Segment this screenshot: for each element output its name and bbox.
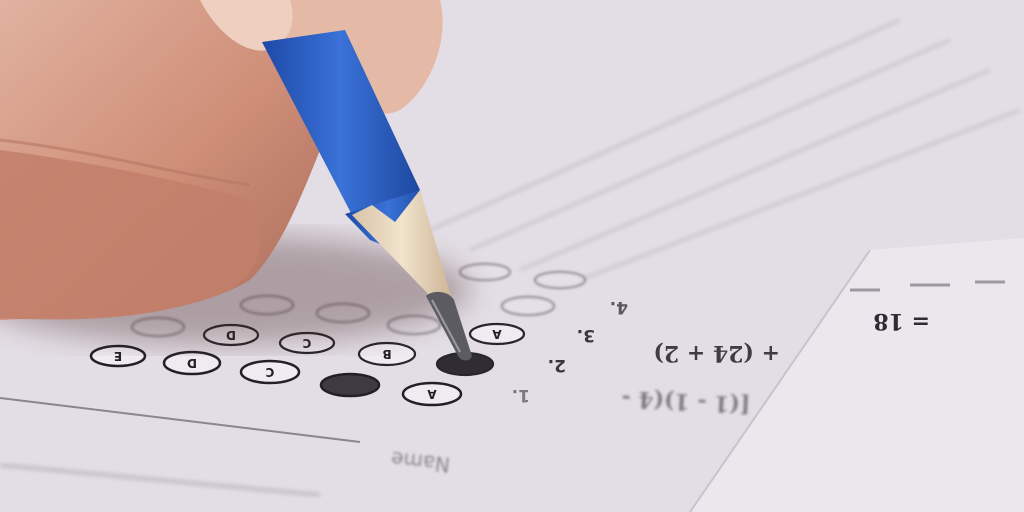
question-number-4: 4. [610, 297, 628, 317]
photo-illustration: = 18 + (24 + 2) [(1 - 1)(4 - 1. 2. 3. 4. [0, 0, 1024, 512]
svg-text:C: C [265, 365, 274, 379]
svg-text:E: E [114, 349, 122, 363]
photo-scene: = 18 + (24 + 2) [(1 - 1)(4 - 1. 2. 3. 4. [0, 0, 1024, 512]
question-number-3: 3. [577, 325, 595, 345]
bubble-A-row4[interactable] [535, 272, 585, 288]
bubble-A[interactable] [502, 297, 554, 315]
question-number-1: 1. [512, 385, 530, 405]
svg-text:D: D [187, 356, 197, 370]
svg-text:A: A [427, 387, 437, 401]
svg-text:A: A [492, 327, 502, 341]
svg-text:B: B [382, 347, 391, 361]
bubble-B-filled[interactable] [321, 374, 379, 396]
question-number-2: 2. [548, 355, 566, 375]
math-line-2: + (24 + 2) [653, 340, 780, 366]
math-line-1: = 18 [873, 308, 930, 334]
bubble-B-row4[interactable] [460, 264, 510, 280]
